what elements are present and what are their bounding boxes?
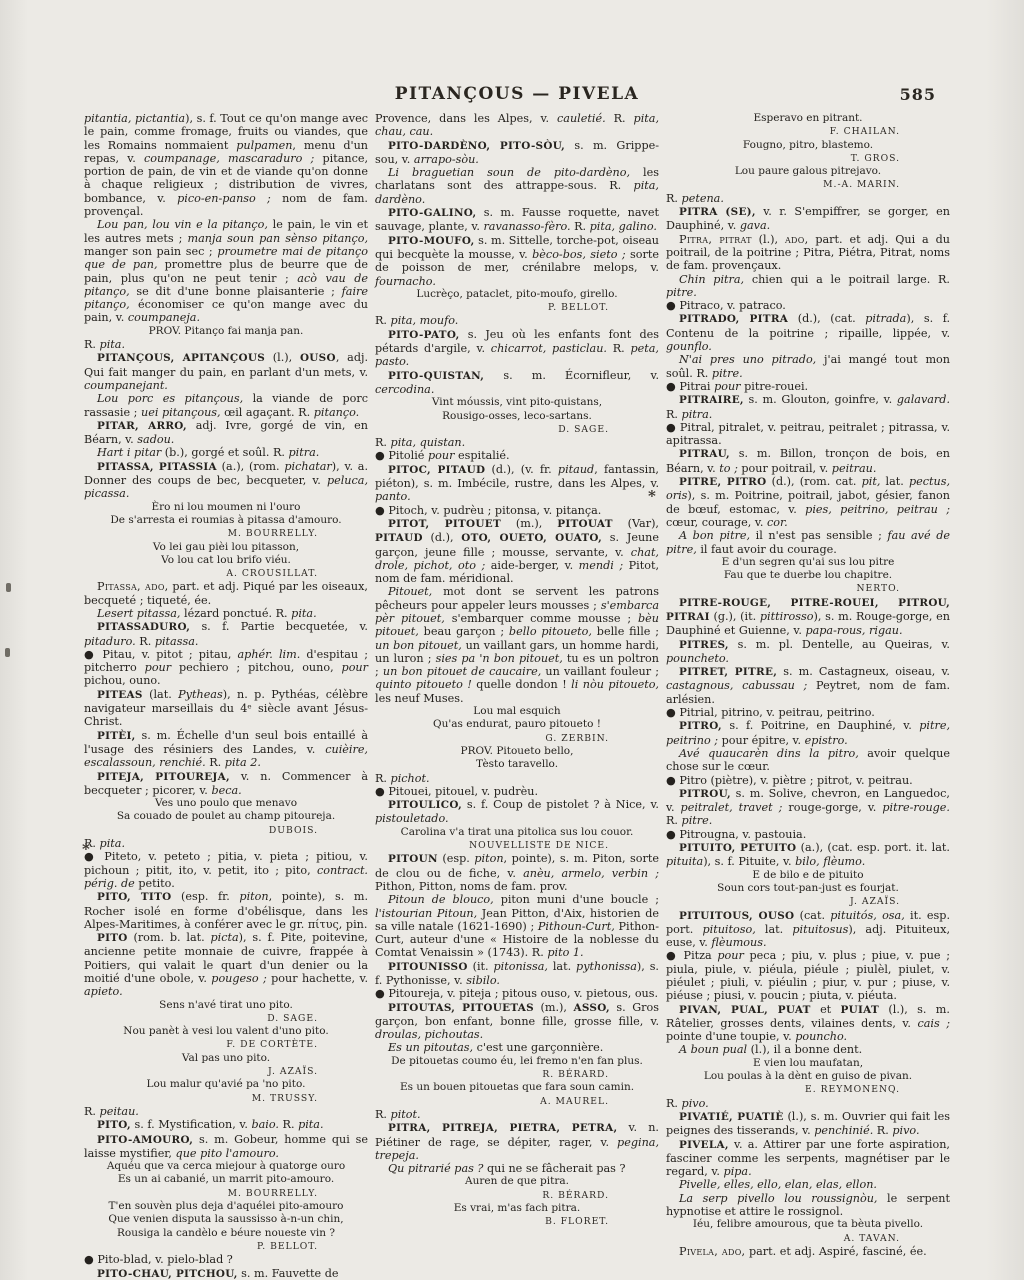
entry-paragraph: PIVATIÉ, PUATIÈ (l.), s. m. Ouvrier qui … — [666, 1110, 950, 1138]
verse-quote: Esperavo en pitrant. — [666, 112, 950, 125]
entry-paragraph: PITO-MOUFO, s. m. Sittelle, torche-pot, … — [375, 234, 659, 288]
entry-text: R. — [873, 1124, 892, 1137]
entry-text: pistouletado. — [375, 812, 449, 825]
entry-paragraph: ● Pitoureja, v. piteja ; pitous ouso, v.… — [375, 987, 659, 1000]
entry-text: peitau. — [100, 1105, 139, 1118]
entry-text: Lesert pitassa, — [97, 607, 180, 620]
verse-quote: Auren de que pitra. — [375, 1175, 659, 1188]
entry-text: castagnous, cabussau ; — [666, 679, 807, 692]
verse-line: Aquéu que va cerca miejour à quatorge ou… — [84, 1160, 368, 1173]
entry-paragraph: R. pivo. — [666, 1097, 950, 1110]
headword: PITAUD — [375, 532, 423, 544]
headword: PITO-DARDÈNO, PITO-SÒU, — [388, 140, 565, 152]
headword: PITO — [97, 932, 128, 944]
entry-paragraph: Hart i pitar (b.), gorgé et soûl. R. pit… — [84, 446, 368, 459]
page-title: PITANÇOUS — PIVELA — [84, 84, 950, 104]
entry-text: belle fille ; — [592, 625, 659, 638]
entry-text: (m.), — [534, 1001, 574, 1014]
entry-text: quelle dondon ! — [472, 678, 571, 691]
headword: OTO, OUETO, OUATO, — [461, 532, 602, 544]
entry-paragraph: ● Pitrai pour pitre-rouei. — [666, 380, 950, 393]
page-header: PITANÇOUS — PIVELA 585 — [84, 84, 950, 106]
entry-paragraph: PITO-GALINO, s. m. Fausse roquette, nave… — [375, 206, 659, 234]
entry-text: Provence, dans les Alpes, v. — [375, 112, 557, 125]
verse-line: Es un bouen pitouetas que fara soun cami… — [375, 1081, 659, 1094]
entry-text: beca. — [211, 784, 241, 797]
headword: PITANÇOUS, APITANÇOUS — [97, 352, 265, 364]
entry-text: cor. — [767, 516, 788, 529]
margin-asterisk: * — [648, 487, 656, 505]
entry-text: pythonissa — [576, 960, 637, 973]
entry-text: espitalié. — [454, 449, 509, 462]
entry-text: to ; — [719, 462, 738, 475]
entry-paragraph: PITAR, ARRO, adj. Ivre, gorgé de vin, en… — [84, 419, 368, 447]
author-signature: NERTO. — [666, 582, 950, 595]
verse-quote: Sens n'avé tirat uno pito. — [84, 999, 368, 1012]
entry-paragraph: Provence, dans les Alpes, v. cauletié. R… — [375, 112, 659, 139]
entry-text: pico-en-panso ; — [177, 192, 271, 205]
entry-text: pointe d'une toupie, v. — [666, 1030, 795, 1043]
entry-paragraph: PITO, TITO (esp. fr. piton, pointe), s. … — [84, 890, 368, 931]
ink-smudge — [5, 648, 10, 657]
headword: PITRO, — [679, 720, 722, 732]
entry-text: s. m. Glouton, goinfre, v. — [744, 393, 897, 406]
entry-text: mendi ; — [579, 559, 623, 572]
entry-text: lat. — [880, 475, 909, 488]
entry-text: s'embarquer comme mousse ; — [445, 612, 638, 625]
entry-text: pitassa. — [155, 635, 199, 648]
verse-line: E d'un segren qu'ai sus lou pitre — [666, 556, 950, 569]
entry-paragraph: Pitra, pitrat (l.), ado, part. et adj. Q… — [666, 233, 950, 273]
verse-line: Lucrèço, pataclet, pito-moufo, girello. — [375, 288, 659, 301]
entry-paragraph: PITOUN (esp. piton, pointe), s. m. Piton… — [375, 852, 659, 893]
entry-paragraph: Pivela, ado, part. et adj. Aspiré, fasci… — [666, 1245, 950, 1258]
entry-text: droulas, pichoutas. — [375, 1028, 483, 1041]
headword: ASSO, — [573, 1002, 609, 1014]
entry-paragraph: PITOT, PITOUET (m.), PITOUAT (Var), PITA… — [375, 517, 659, 585]
entry-paragraph: PITROU, s. m. Solive, chevron, en Langue… — [666, 787, 950, 828]
entry-text: pouncheto. — [666, 652, 729, 665]
entry-text: apieto. — [84, 985, 123, 998]
entry-paragraph: ● Pitrougna, v. pastouia. — [666, 828, 950, 841]
entry-text: s. m. Castagneux, oiseau, v. — [777, 665, 950, 678]
verse-quote: Fougno, pitro, blastemo. — [666, 139, 950, 152]
entry-text: panto. — [375, 490, 411, 503]
headword: PITROU, — [679, 788, 731, 800]
headword: PITUITO, PETUITO — [679, 842, 796, 854]
entry-text: pituitoso, — [702, 923, 755, 936]
author-signature: D. SAGE. — [84, 1012, 368, 1025]
entry-text: pita. — [291, 607, 316, 620]
entry-paragraph: PITOULICO, s. f. Coup de pistolet ? à Ni… — [375, 798, 659, 826]
entry-text: piton — [239, 890, 268, 903]
entry-text: pitonissa, — [493, 960, 547, 973]
author-signature: F. DE CORTÈTE. — [84, 1038, 368, 1051]
entry-paragraph: PITRES, s. m. pl. Dentelle, au Queiras, … — [666, 638, 950, 666]
entry-text: lat. — [548, 960, 576, 973]
entry-text: Chin pitra, — [679, 273, 744, 286]
entry-text: pit, — [862, 475, 881, 488]
verse-line: Lou malur qu'avié pa 'no pito. — [84, 1078, 368, 1091]
entry-text: sies pa 'n bon pitouet, — [436, 652, 563, 665]
entry-text: pito 1. — [547, 946, 583, 959]
entry-paragraph: ● Pitrial, pitrino, v. peitrau, peitrino… — [666, 706, 950, 719]
entry-text: que pito l'amouro. — [176, 1147, 279, 1160]
entry-paragraph: ● Pitza pour peca ; piu, v. plus ; piue,… — [666, 949, 950, 1002]
headword: PIVAN, PUAL, PUAT — [679, 1004, 811, 1016]
entry-text: R. — [606, 112, 634, 125]
author-signature: R. BÉRARD. — [375, 1068, 659, 1081]
headword: PITOUN — [388, 853, 438, 865]
verse-quote: E d'un segren qu'ai sus lou pitreFau que… — [666, 556, 950, 583]
verse-line: Sa couado de poulet au champ pitoureja. — [84, 810, 368, 823]
entry-text: ● Pitral, pitralet, v. peitrau, peitrale… — [666, 421, 950, 447]
author-signature: M. TRUSSY. — [84, 1092, 368, 1105]
entry-paragraph: ● Pito-blad, v. pielo-blad ? — [84, 1253, 368, 1266]
entry-text: pituitós, osa, — [830, 909, 905, 922]
entry-text: pour — [428, 449, 454, 462]
entry-text: Pitoun de blouco, — [388, 893, 494, 906]
author-signature: P. BELLOT. — [84, 1240, 368, 1253]
verse-line: Vint móussis, vint pito-quistans, — [375, 396, 659, 409]
verse-line: Val pas uno pito. — [84, 1052, 368, 1065]
entry-text: (d.), (cat. — [788, 312, 865, 325]
entry-text: (l.), il a bonne dent. — [747, 1043, 862, 1056]
entry-text: (d.), (v. fr. — [485, 463, 558, 476]
entry-paragraph: PITUITOUS, OUSO (cat. pituitós, osa, it.… — [666, 909, 950, 950]
margin-asterisk: * — [82, 840, 90, 858]
entry-text: Hart i pitar — [97, 446, 161, 459]
entry-text: pour poitrail, v. — [738, 462, 832, 475]
entry-paragraph: PITRAU, s. m. Billon, tronçon de bois, e… — [666, 447, 950, 475]
entry-text: ● Pitoureja, v. piteja ; pitous ouso, v.… — [375, 987, 658, 1000]
author-signature: T. GROS. — [666, 152, 950, 165]
entry-text: pour hachette, v. — [267, 972, 368, 985]
verse-line: Tèsto taravello. — [375, 758, 659, 771]
author-signature: F. CHAILAN. — [666, 125, 950, 138]
entry-paragraph: Es un pitoutas, c'est une garçonnière. — [375, 1041, 659, 1054]
entry-text: pitra. — [682, 408, 713, 421]
entry-paragraph: PITEAS (lat. Pytheas), n. p. Pythéas, cé… — [84, 688, 368, 729]
page-number: 585 — [900, 85, 936, 104]
entry-text: penchinié. — [814, 1124, 873, 1137]
headword: PITRA (SE), — [679, 206, 756, 218]
verse-quote: Es vrai, m'as fach pitra. — [375, 1202, 659, 1215]
verse-line: Iéu, felibre amourous, que ta bèuta pive… — [666, 1218, 950, 1231]
entry-text: papa-rous, rigau. — [805, 624, 902, 637]
text-columns: pitantia, pictantia), s. f. Tout ce qu'o… — [84, 112, 950, 1232]
headword: PITRADO, PITRA — [679, 313, 788, 325]
verse-line: Rousigo-osses, leco-sartans. — [375, 410, 659, 423]
entry-paragraph: PITO-AMOURO, s. m. Gobeur, homme qui se … — [84, 1133, 368, 1161]
entry-text: picta — [210, 931, 238, 944]
entry-text: pichatar — [284, 460, 331, 473]
entry-text: bèco-bos, sieto ; — [532, 248, 626, 261]
entry-text: pechiero ; pitchou, ouno, — [171, 661, 341, 674]
verse-line: PROV. Pitoueto bello, — [375, 745, 659, 758]
entry-text: pita, galino. — [590, 220, 657, 233]
headword: PITO-AMOURO, — [97, 1134, 193, 1146]
entry-text: œil agaçant. R. — [221, 406, 314, 419]
verse-line: E vien lou maufatan, — [666, 1057, 950, 1070]
entry-text: (a.), (rom. — [217, 460, 284, 473]
verse-line: Fau que te duerbe lou chapitre. — [666, 569, 950, 582]
entry-paragraph: PIVAN, PUAL, PUAT et PUIAT (l.), s. m. R… — [666, 1003, 950, 1044]
entry-text: R. — [375, 314, 391, 327]
verse-line: Nou panèt à vesi lou valent d'uno pito. — [84, 1025, 368, 1038]
entry-text: pitrada — [865, 312, 906, 325]
entry-paragraph: ● Pitau, v. pitot ; pitau, aphér. lim. d… — [84, 648, 368, 688]
entry-paragraph: PITRADO, PITRA (d.), (cat. pitrada), s. … — [666, 312, 950, 353]
headword: PITRET, PITRE, — [679, 666, 777, 678]
entry-paragraph: PITRE, PITRO (d.), (rom. cat. pit, lat. … — [666, 475, 950, 529]
entry-text: li nòu pitoueto, — [571, 678, 659, 691]
headword: PITRAIRE, — [679, 394, 744, 406]
entry-text: pita, quistan. — [391, 436, 466, 449]
entry-paragraph: R. peitau. — [84, 1105, 368, 1118]
column-2: Provence, dans les Alpes, v. cauletié. R… — [375, 112, 659, 1232]
verse-line: Èro ni lou moumen ni l'ouro — [84, 501, 368, 514]
entry-paragraph: R. petena. — [666, 192, 950, 205]
entry-text: chicarrot, pasticlau. — [491, 342, 607, 355]
entry-text: pouncho. — [795, 1030, 847, 1043]
entry-paragraph: ● Pitouei, pitouel, v. pudrèu. — [375, 785, 659, 798]
headword: PITRES, — [679, 639, 729, 651]
entry-paragraph: Lou pan, lou vin e la pitanço, le pain, … — [84, 218, 368, 324]
author-signature: B. FLORET. — [375, 1215, 659, 1228]
entry-paragraph: R. pitot. — [375, 1108, 659, 1121]
entry-paragraph: PITÈI, s. m. Échelle d'un seul bois enta… — [84, 729, 368, 770]
entry-text: La serp pivello lou roussignòu, — [679, 1192, 878, 1205]
entry-paragraph: Avé quaucarèn dins la pitro, avoir quelq… — [666, 747, 950, 774]
verse-quote: Nou panèt à vesi lou valent d'uno pito. — [84, 1025, 368, 1038]
verse-quote: E vien lou maufatan,Lou poulas à la dènt… — [666, 1057, 950, 1084]
entry-text: qui ne se fâcherait pas ? — [483, 1162, 625, 1175]
headword: PITRAU, — [679, 448, 730, 460]
entry-text: (it. — [468, 960, 494, 973]
entry-text: galavard. — [897, 393, 950, 406]
entry-text: pitaduro. — [84, 635, 136, 648]
verse-quote: Val pas uno pito. — [84, 1052, 368, 1065]
entry-text: (cat. — [794, 909, 830, 922]
headword: PITO-GALINO, — [388, 207, 476, 219]
entry-text: gava. — [740, 219, 770, 232]
entry-text: un bon pitouet, — [375, 639, 462, 652]
author-signature: D. SAGE. — [375, 423, 659, 436]
headword: PITOULICO, — [388, 799, 462, 811]
entry-paragraph: Pitoun de blouco, piton muni d'une boucl… — [375, 893, 659, 959]
author-signature: P. BELLOT. — [375, 301, 659, 314]
verse-line: Rousiga la candèlo e béure noueste vin ? — [84, 1227, 368, 1240]
entry-paragraph: PITOUNISSO (it. pitonissa, lat. pythonis… — [375, 960, 659, 988]
headword: PITO-CHAU, PITCHOU, — [97, 1268, 238, 1280]
headword: Pitassa, ado, — [97, 580, 169, 593]
verse-quote: Ves uno poulo que menavoSa couado de pou… — [84, 797, 368, 824]
entry-text: cercodina. — [375, 383, 434, 396]
proverb: PROV. Pitanço fai manja pan. — [84, 325, 368, 338]
entry-text: ), s. f. Pituite, v. — [703, 855, 795, 868]
entry-text: aide-berger, v. — [485, 559, 578, 572]
verse-line: Carolina v'a tirat una pitolica sus lou … — [375, 826, 659, 839]
verse-quote: Vo lei gau pièi lou pitasson,Vo lou cat … — [84, 541, 368, 568]
author-signature: G. ZERBIN. — [375, 732, 659, 745]
entry-paragraph: Pitassa, ado, part. et adj. Piqué par le… — [84, 580, 368, 607]
entry-paragraph: PITOUTAS, PITOUETAS (m.), ASSO, s. Gros … — [375, 1001, 659, 1042]
entry-text: R. — [279, 1118, 298, 1131]
entry-paragraph: PITRAIRE, s. m. Glouton, goinfre, v. gal… — [666, 393, 950, 421]
entry-text: Avé quaucarèn dins la pitro, — [679, 747, 859, 760]
headword: PITRA, PITREJA, PIETRA, PETRA, — [388, 1122, 617, 1134]
entry-paragraph: PITEJA, PITOUREJA, v. n. Commencer à bec… — [84, 770, 368, 798]
author-signature: M. BOURRELLY. — [84, 1187, 368, 1200]
entry-paragraph: R. pita. — [84, 338, 368, 351]
entry-text: Lou pan, lou vin e la pitanço, — [97, 218, 268, 231]
entry-text: pitaud — [558, 463, 594, 476]
entry-text: pichou, ouno. — [84, 674, 161, 687]
entry-text: Li braguetian soun de pito-dardèno, — [388, 166, 630, 179]
entry-text: il n'est pas sensible ; — [750, 529, 887, 542]
entry-text: sibilo. — [466, 974, 500, 987]
entry-paragraph: ● Pitolié pour espitalié. — [375, 449, 659, 462]
entry-text: pita. — [100, 837, 125, 850]
entry-text: pita. — [100, 338, 125, 351]
entry-text: anèu, armelo, verbin ; — [523, 867, 659, 880]
verse-line: Fougno, pitro, blastemo. — [666, 139, 950, 152]
author-signature: R. BÉRARD. — [375, 1189, 659, 1202]
entry-paragraph: PITANÇOUS, APITANÇOUS (l.), OUSO, adj. Q… — [84, 351, 368, 392]
entry-text: uei pitançous, — [141, 406, 221, 419]
entry-text: pita, moufo. — [391, 314, 459, 327]
entry-paragraph: PITUITO, PETUITO (a.), (cat. esp. port. … — [666, 841, 950, 869]
entry-text: pies, peitrino, peitrau ; — [805, 503, 950, 516]
verse-line: Que venien disputa la saussisso à-n-un c… — [84, 1213, 368, 1226]
entry-paragraph: PITO, s. f. Mystification, v. baio. R. p… — [84, 1118, 368, 1132]
entry-paragraph: ● Pitro (piètre), v. piètre ; pitrot, v.… — [666, 774, 950, 787]
entry-text: ● Pitrougna, v. pastouia. — [666, 828, 806, 841]
entry-text: (d.), (rom. cat. — [766, 475, 861, 488]
entry-text: pitre. — [666, 286, 697, 299]
entry-paragraph: PITRA, PITREJA, PIETRA, PETRA, v. n. Pié… — [375, 1121, 659, 1162]
entry-text: A bon pitre, — [679, 529, 750, 542]
entry-paragraph: PIVELA, v. a. Attirer par une forte aspi… — [666, 1138, 950, 1179]
verse-line: Vo lou cat lou brifo viéu. — [84, 554, 368, 567]
entry-text: pitanço. — [314, 406, 359, 419]
entry-text: (esp. fr. — [171, 890, 239, 903]
headword: PUIAT — [841, 1004, 879, 1016]
author-signature: M. BOURRELLY. — [84, 527, 368, 540]
entry-text: pitre. — [712, 367, 743, 380]
entry-text: rouge-gorge, v. — [782, 801, 882, 814]
entry-text: pour — [342, 661, 368, 674]
entry-text: l'istourian Pitoun, — [375, 907, 477, 920]
entry-text: ● Pitau, v. pitot ; pitau, — [84, 648, 238, 661]
verse-line: Es un ai cabanié, un marrit pito-amouro. — [84, 1173, 368, 1186]
entry-text: pitra. — [289, 446, 320, 459]
entry-text: R. — [666, 408, 682, 421]
entry-paragraph: PITASSADURO, s. f. Partie becquetée, v. … — [84, 620, 368, 648]
entry-text: pita 2. — [225, 756, 261, 769]
headword: OUSO — [300, 352, 336, 364]
entry-paragraph: pitantia, pictantia), s. f. Tout ce qu'o… — [84, 112, 368, 218]
verse-line: De s'arresta ei roumias à pitassa d'amou… — [84, 514, 368, 527]
entry-text: petena. — [682, 192, 724, 205]
entry-text: s. m. Fauvette de — [238, 1267, 339, 1280]
verse-quote: Lucrèço, pataclet, pito-moufo, girello. — [375, 288, 659, 301]
verse-quote: Iéu, felibre amourous, que ta bèuta pive… — [666, 1218, 950, 1231]
author-signature: J. AZAÏS. — [84, 1065, 368, 1078]
entry-text: piton muni d'une boucle ; — [494, 893, 659, 906]
entry-text: flèumous. — [711, 936, 766, 949]
entry-text: ravanasso-fèro. — [483, 220, 570, 233]
entry-text: R. — [571, 220, 590, 233]
entry-text: pitantia, pictantia — [84, 112, 185, 125]
entry-paragraph: PITO-PATO, s. Jeu où les enfants font de… — [375, 328, 659, 369]
verse-quote: T'en souvèn plus deja d'aquélei pito-amo… — [84, 1200, 368, 1240]
author-signature: NOUVELLISTE DE NICE. — [375, 839, 659, 852]
entry-text: c'est une garçonnière. — [473, 1041, 603, 1054]
entry-text: un vaillant fouleur ; — [541, 665, 659, 678]
headword: PITOUTAS, PITOUETAS — [388, 1002, 534, 1014]
entry-paragraph: R. pita, moufo. — [375, 314, 659, 327]
headword: PITOUAT — [557, 518, 613, 530]
verse-line: T'en souvèn plus deja d'aquélei pito-amo… — [84, 1200, 368, 1213]
entry-text: R. — [375, 772, 391, 785]
entry-text: pour — [145, 661, 171, 674]
entry-text: pituita — [666, 855, 703, 868]
verse-line: Lou paure galous pitrejavo. — [666, 165, 950, 178]
entry-text: ● Pito-blad, v. pielo-blad ? — [84, 1253, 233, 1266]
headword: PITOUNISSO — [388, 961, 468, 973]
column-1: pitantia, pictantia), s. f. Tout ce qu'o… — [84, 112, 368, 1232]
entry-text: epistro. — [805, 734, 848, 747]
entry-paragraph: Pitouet, mot dont se servent les patrons… — [375, 585, 659, 705]
headword: PIVATIÉ, PUATIÈ — [679, 1111, 784, 1123]
entry-paragraph: PITO-DARDÈNO, PITO-SÒU, s. m. Grippe-sou… — [375, 139, 659, 167]
headword: PITO-MOUFO, — [388, 235, 475, 247]
entry-text: pitre. — [682, 814, 713, 827]
entry-text: Es un pitoutas, — [388, 1041, 473, 1054]
entry-text: pituitosus — [792, 923, 848, 936]
entry-text: pichot. — [391, 772, 430, 785]
entry-text: ● Pitoch, v. pudrèu ; pitonsa, v. pitanç… — [375, 504, 601, 517]
entry-text: R. — [375, 436, 391, 449]
entry-text: (lat. — [143, 688, 178, 701]
entry-text: petito. — [135, 877, 175, 890]
entry-paragraph: R. pichot. — [375, 772, 659, 785]
entry-text: cœur, courage, v. — [666, 516, 767, 529]
headword: PITEJA, PITOUREJA, — [97, 771, 230, 783]
entry-text: Lou porc es pitançous, — [97, 392, 243, 405]
entry-text: (l.), — [265, 351, 300, 364]
entry-text: se dit d'une bonne plaisanterie ; — [130, 285, 342, 298]
verse-quote: Aquéu que va cerca miejour à quatorge ou… — [84, 1160, 368, 1187]
author-signature: A. CROUSILLAT. — [84, 567, 368, 580]
entry-text: pitot. — [391, 1108, 421, 1121]
column-3: Esperavo en pitrant.F. CHAILAN.Fougno, p… — [666, 112, 950, 1232]
verse-line: Soun cors tout-pan-just es fourjat. — [666, 882, 950, 895]
author-signature: A. TAVAN. — [666, 1232, 950, 1245]
entry-paragraph: ● Piteto, v. peteto ; pitia, v. pieta ; … — [84, 850, 368, 890]
entry-paragraph: R. pita, quistan. — [375, 436, 659, 449]
entry-text: pittirosso — [760, 610, 814, 623]
entry-paragraph: PITOC, PITAUD (d.), (v. fr. pitaud, fant… — [375, 463, 659, 504]
entry-text: A boun pual — [679, 1043, 747, 1056]
entry-text: quinto pitoueto ! — [375, 678, 472, 691]
entry-text: ● Pitolié — [375, 449, 428, 462]
entry-text: chien qui a le poitrail large. R. — [744, 273, 950, 286]
headword: PITOC, PITAUD — [388, 464, 485, 476]
verse-line: Lou poulas à la dènt en guiso de pivan. — [666, 1070, 950, 1083]
